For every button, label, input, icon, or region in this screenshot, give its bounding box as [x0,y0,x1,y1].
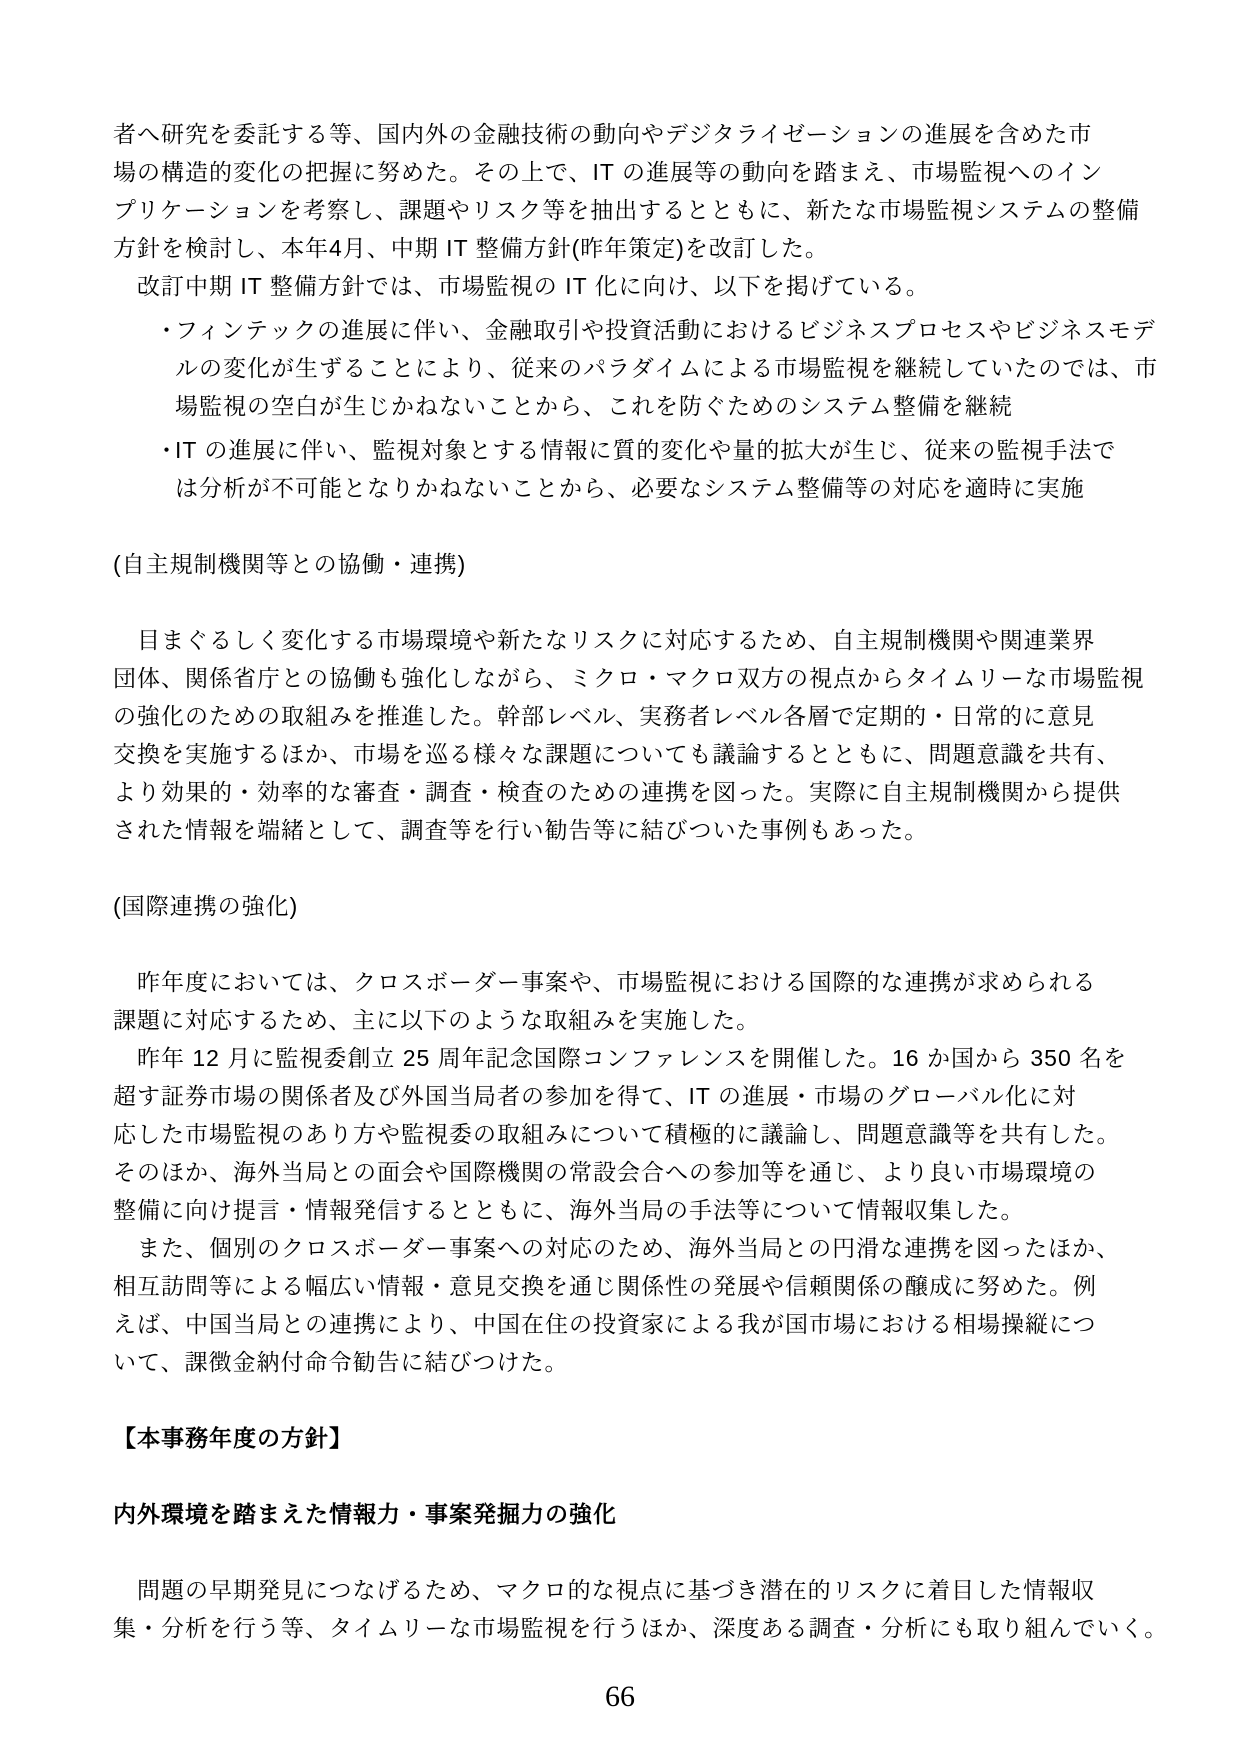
document-content: 者へ研究を委託する等、国内外の金融技術の動向やデジタライゼーションの進展を含めた… [113,115,1125,1647]
paragraph-line: 改訂中期 IT 整備方針では、市場監視の IT 化に向け、以下を掲げている。 [113,267,1125,305]
paragraph-line: された情報を端緒として、調査等を行い勧告等に結びついた事例もあった。 [113,811,1125,849]
paragraph-line: プリケーションを考察し、課題やリスク等を抽出するとともに、新たな市場監視システム… [113,191,1125,229]
bullet-line: 場監視の空白が生じかねないことから、これを防ぐためのシステム整備を継続 [175,387,1125,425]
paragraph-line: 場の構造的変化の把握に努めた。その上で、IT の進展等の動向を踏まえ、市場監視へ… [113,153,1125,191]
paragraph-line: 課題に対応するため、主に以下のような取組みを実施した。 [113,1001,1125,1039]
paragraph-line: 応した市場監視のあり方や監視委の取組みについて積極的に議論し、問題意識等を共有し… [113,1115,1125,1153]
paragraph-line: 相互訪問等による幅広い情報・意見交換を通じ関係性の発展や信頼関係の醸成に努めた。… [113,1267,1125,1305]
paragraph-line: えば、中国当局との連携により、中国在住の投資家による我が国市場における相場操縦に… [113,1305,1125,1343]
paragraph-line: 交換を実施するほか、市場を巡る様々な課題についても議論するとともに、問題意識を共… [113,735,1125,773]
section-label: (自主規制機関等との協働・連携) [113,545,1125,583]
section-heading: 【本事務年度の方針】 [113,1419,1125,1457]
blank-line [113,925,1125,963]
page-number: 66 [605,1680,635,1713]
blank-line [113,583,1125,621]
section-label: (国際連携の強化) [113,887,1125,925]
paragraph-line: 目まぐるしく変化する市場環境や新たなリスクに対応するため、自主規制機関や関連業界 [113,621,1125,659]
paragraph-line: 超す証券市場の関係者及び外国当局者の参加を得て、IT の進展・市場のグローバル化… [113,1077,1125,1115]
paragraph-line: また、個別のクロスボーダー事案への対応のため、海外当局との円滑な連携を図ったほか… [113,1229,1125,1267]
paragraph-line: 整備に向け提言・情報発信するとともに、海外当局の手法等について情報収集した。 [113,1191,1125,1229]
bullet-item: ・IT の進展に伴い、監視対象とする情報に質的変化や量的拡大が生じ、従来の監視手… [113,431,1125,507]
document-page: 者へ研究を委託する等、国内外の金融技術の動向やデジタライゼーションの進展を含めた… [0,0,1240,1755]
section-heading: 内外環境を踏まえた情報力・事案発掘力の強化 [113,1495,1125,1533]
paragraph-line: 問題の早期発見につなげるため、マクロ的な視点に基づき潜在的リスクに着目した情報収 [113,1571,1125,1609]
bullet-line: フィンテックの進展に伴い、金融取引や投資活動におけるビジネスプロセスやビジネスモ… [175,311,1125,349]
blank-line [113,1381,1125,1419]
paragraph-line: 方針を検討し、本年4月、中期 IT 整備方針(昨年策定)を改訂した。 [113,229,1125,267]
page-footer: 66 [0,1680,1240,1714]
blank-line [113,507,1125,545]
blank-line [113,1533,1125,1571]
paragraph-line: の強化のための取組みを推進した。幹部レベル、実務者レベル各層で定期的・日常的に意… [113,697,1125,735]
paragraph-line: 昨年度においては、クロスボーダー事案や、市場監視における国際的な連携が求められる [113,963,1125,1001]
blank-line [113,1457,1125,1495]
bullet-line: は分析が不可能となりかねないことから、必要なシステム整備等の対応を適時に実施 [175,469,1125,507]
blank-line [113,849,1125,887]
bullet-line: IT の進展に伴い、監視対象とする情報に質的変化や量的拡大が生じ、従来の監視手法… [175,431,1125,469]
paragraph-line: 集・分析を行う等、タイムリーな市場監視を行うほか、深度ある調査・分析にも取り組ん… [113,1609,1125,1647]
paragraph-line: いて、課徴金納付命令勧告に結びつけた。 [113,1343,1125,1381]
bullet-item: ・フィンテックの進展に伴い、金融取引や投資活動におけるビジネスプロセスやビジネス… [113,311,1125,425]
paragraph-line: 団体、関係省庁との協働も強化しながら、ミクロ・マクロ双方の視点からタイムリーな市… [113,659,1125,697]
bullet-marker-icon: ・ [155,311,179,349]
paragraph-line: そのほか、海外当局との面会や国際機関の常設会合への参加等を通じ、より良い市場環境… [113,1153,1125,1191]
paragraph-line: 者へ研究を委託する等、国内外の金融技術の動向やデジタライゼーションの進展を含めた… [113,115,1125,153]
bullet-line: ルの変化が生ずることにより、従来のパラダイムによる市場監視を継続していたのでは、… [175,349,1125,387]
bullet-marker-icon: ・ [155,431,179,469]
paragraph-line: より効果的・効率的な審査・調査・検査のための連携を図った。実際に自主規制機関から… [113,773,1125,811]
paragraph-line: 昨年 12 月に監視委創立 25 周年記念国際コンファレンスを開催した。16 か… [113,1039,1125,1077]
